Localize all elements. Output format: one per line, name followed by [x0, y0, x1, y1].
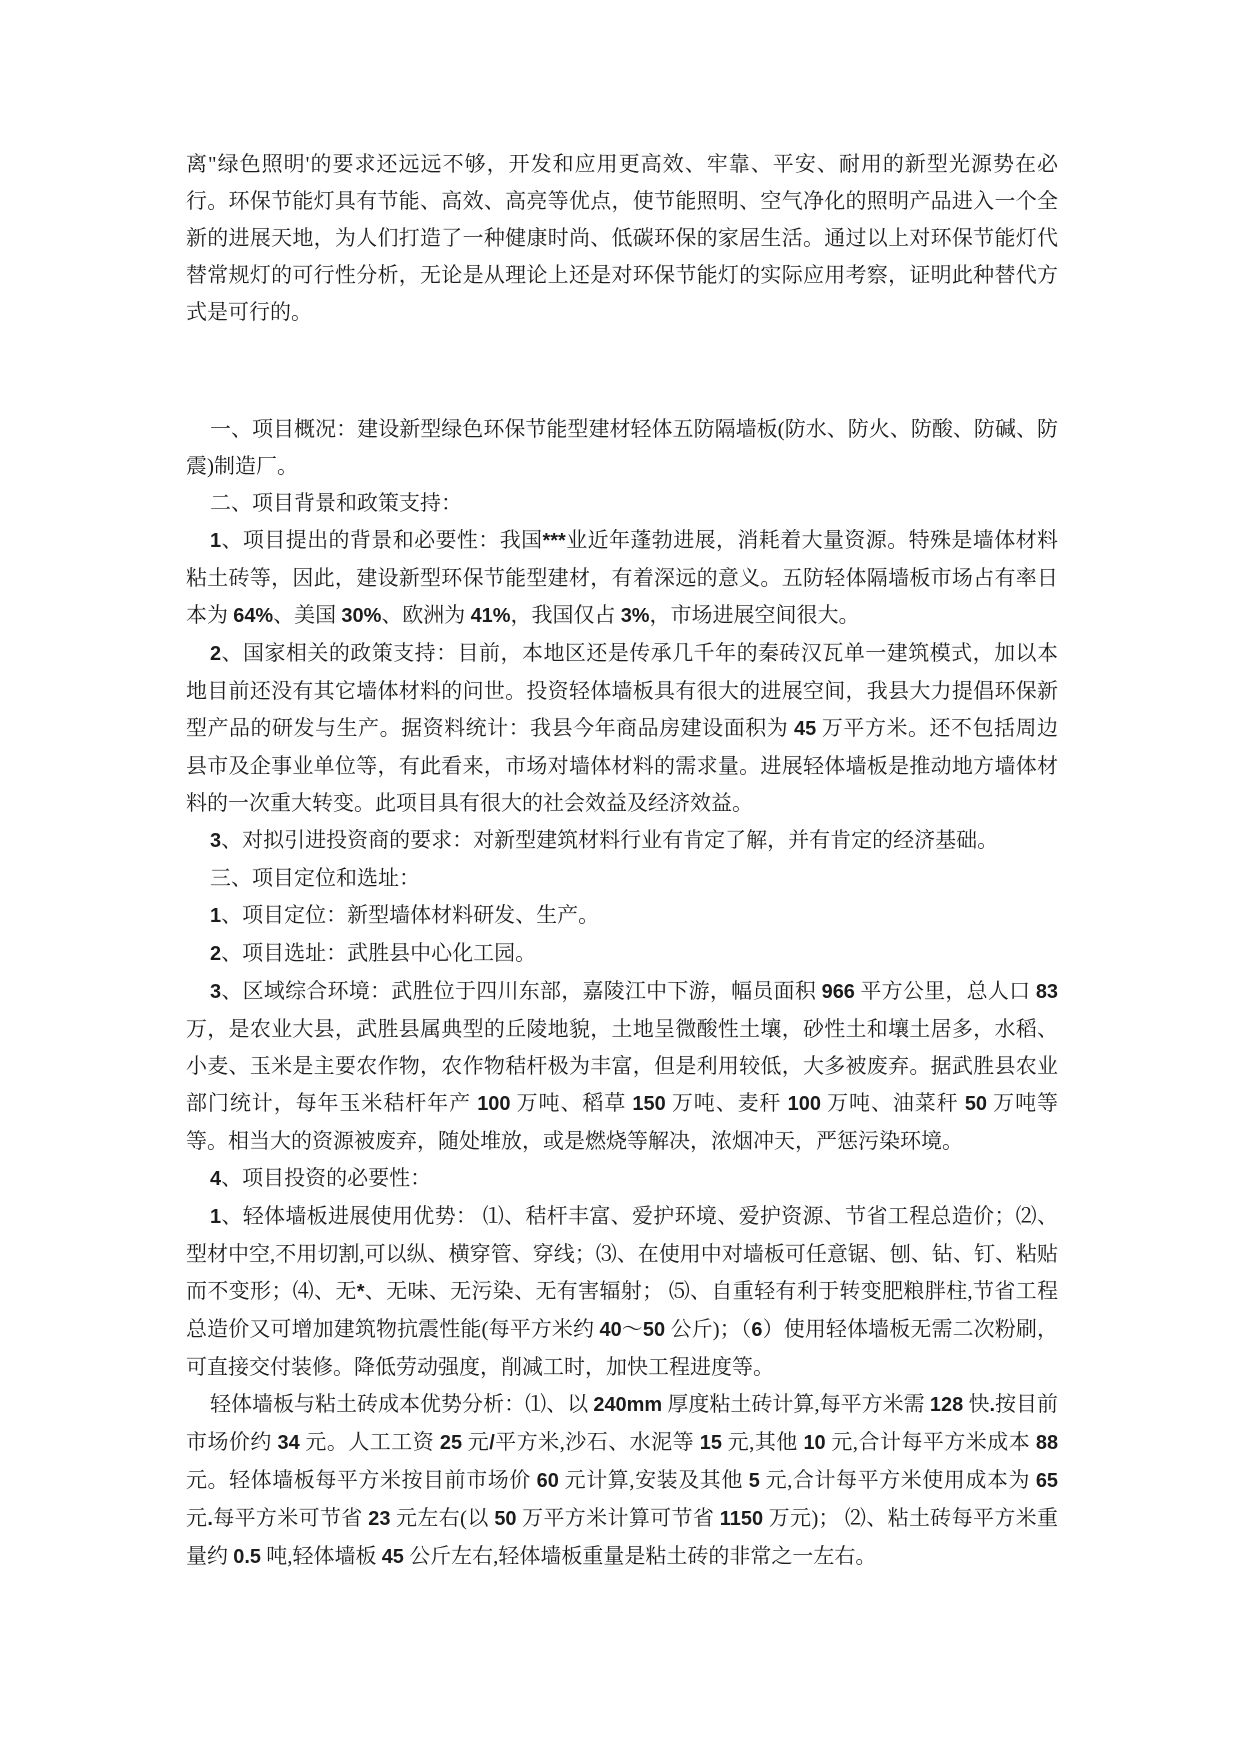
document-body: 离"绿色照明'的要求还远远不够，开发和应用更高效、牢靠、平安、耐用的新型光源势在…: [186, 146, 1058, 1576]
item-2-3-investor-requirements: 3、对拟引进投资商的要求：对新型建筑材料行业有肯定了解，并有肯定的经济基础。: [186, 822, 1058, 860]
item-2-2-national-policy-support: 2、国家相关的政策支持：目前，本地区还是传承几千年的秦砖汉瓦单一建筑模式，加以本…: [186, 635, 1058, 822]
item-wallboard-usage-advantages: 1、轻体墙板进展使用优势： ⑴、秸杆丰富、爱护环境、爱护资源、节省工程总造价；⑵…: [186, 1198, 1058, 1386]
item-3-3-regional-environment: 3、区域综合环境：武胜位于四川东部，嘉陵江中下游，幅员面积 966 平方公里，总…: [186, 973, 1058, 1160]
item-cost-advantage-analysis: 轻体墙板与粘土砖成本优势分析：⑴、以 240mm 厚度粘土砖计算,每平方米需 1…: [186, 1386, 1058, 1576]
document-page: 离"绿色照明'的要求还远远不够，开发和应用更高效、牢靠、平安、耐用的新型光源势在…: [0, 0, 1240, 1753]
section-1-project-overview: 一、项目概况：建设新型绿色环保节能型建材轻体五防隔墙板(防水、防火、防酸、防碱、…: [186, 411, 1058, 485]
intro-paragraph-green-lighting: 离"绿色照明'的要求还远远不够，开发和应用更高效、牢靠、平安、耐用的新型光源势在…: [186, 146, 1058, 331]
item-2-1-background-necessity: 1、项目提出的背景和必要性：我国***业近年蓬勃进展，消耗着大量资源。特殊是墙体…: [186, 522, 1058, 635]
item-3-1-project-positioning: 1、项目定位：新型墙体材料研发、生产。: [186, 897, 1058, 935]
item-3-2-project-site: 2、项目选址：武胜县中心化工园。: [186, 935, 1058, 973]
item-3-4-heading-investment-necessity: 4、项目投资的必要性：: [186, 1160, 1058, 1198]
section-2-heading-background-policy: 二、项目背景和政策支持：: [186, 485, 1058, 522]
section-3-heading-positioning-site: 三、项目定位和选址：: [186, 860, 1058, 897]
